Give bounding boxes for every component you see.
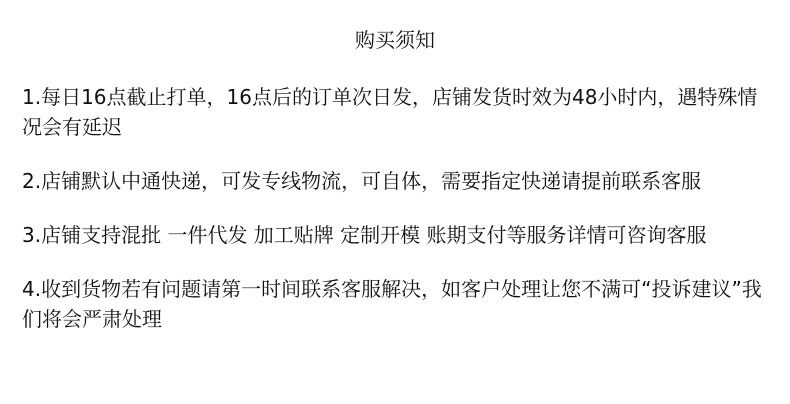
purchase-notice-list: 1.每日16点截止打单，16点后的订单次日发，店铺发货时效为48小时内，遇特殊情… (22, 82, 774, 358)
notice-item-4: 4.收到货物若有问题请第一时间联系客服解决，如客户处理让您不满可“投诉建议”我们… (22, 274, 774, 334)
notice-item-1: 1.每日16点截止打单，16点后的订单次日发，店铺发货时效为48小时内，遇特殊情… (22, 82, 774, 142)
page-title: 购买须知 (0, 26, 790, 54)
notice-item-2: 2.店铺默认中通快递，可发专线物流，可自体，需要指定快递请提前联系客服 (22, 166, 774, 196)
notice-item-3: 3.店铺支持混批 一件代发 加工贴牌 定制开模 账期支付等服务详情可咨询客服 (22, 220, 774, 250)
